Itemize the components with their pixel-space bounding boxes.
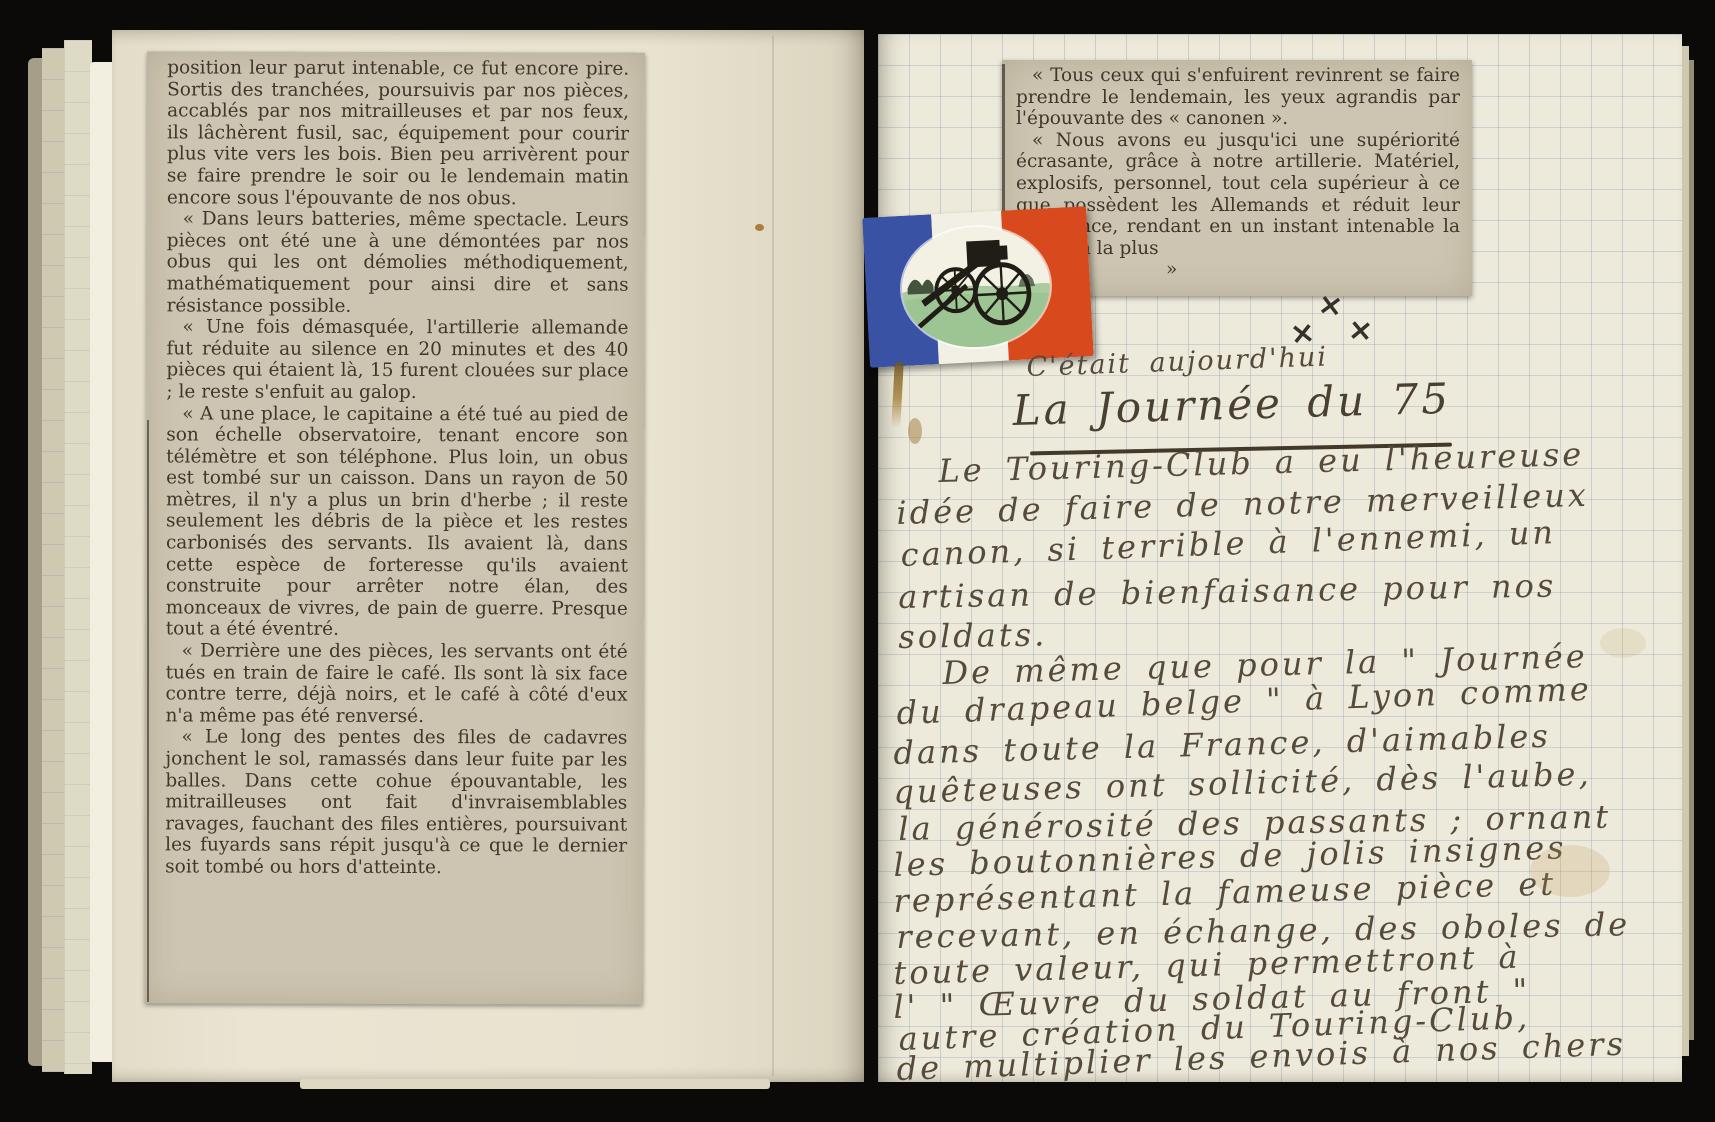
cross-mark: × [1316, 286, 1346, 324]
clipping-paragraph: « Tous ceux qui s'enfuirent revinrent se… [1016, 65, 1460, 130]
handwritten-line: soldats. [898, 615, 1048, 656]
paper-stain [755, 224, 764, 231]
page-stack-edge [42, 48, 66, 1072]
clipping-paragraph: « Le long des pentes des files de cadavr… [165, 727, 627, 879]
clipping-paragraph: « A une place, le capitaine a été tué au… [166, 403, 629, 642]
tricolor-cannon-badge [862, 206, 1094, 368]
clipping-paragraph: « Dans leurs batteries, même spectacle. … [167, 209, 629, 318]
paper-stain [908, 418, 922, 444]
page-stack-edge [64, 40, 92, 1074]
left-newspaper-clipping: position leur parut intenable, ce fut en… [145, 51, 645, 1004]
cross-mark: × [1347, 312, 1375, 349]
paper-stain [1530, 845, 1610, 897]
paper-stain [1600, 628, 1646, 658]
page-crease [772, 36, 774, 1076]
clipping-paragraph: position leur parut intenable, ce fut en… [167, 57, 629, 209]
clipping-paragraph: « Derrière une des pièces, les servants … [165, 640, 627, 728]
page-stack-edge-right [1689, 60, 1694, 1040]
clipping-paragraph: « Une fois démasquée, l'artillerie allem… [166, 317, 628, 405]
page-bottom-edge [300, 1079, 770, 1089]
scrapbook-spread: position leur parut intenable, ce fut en… [0, 0, 1715, 1122]
page-stack-edge-right [1682, 46, 1689, 1056]
column-rule [147, 420, 149, 1002]
